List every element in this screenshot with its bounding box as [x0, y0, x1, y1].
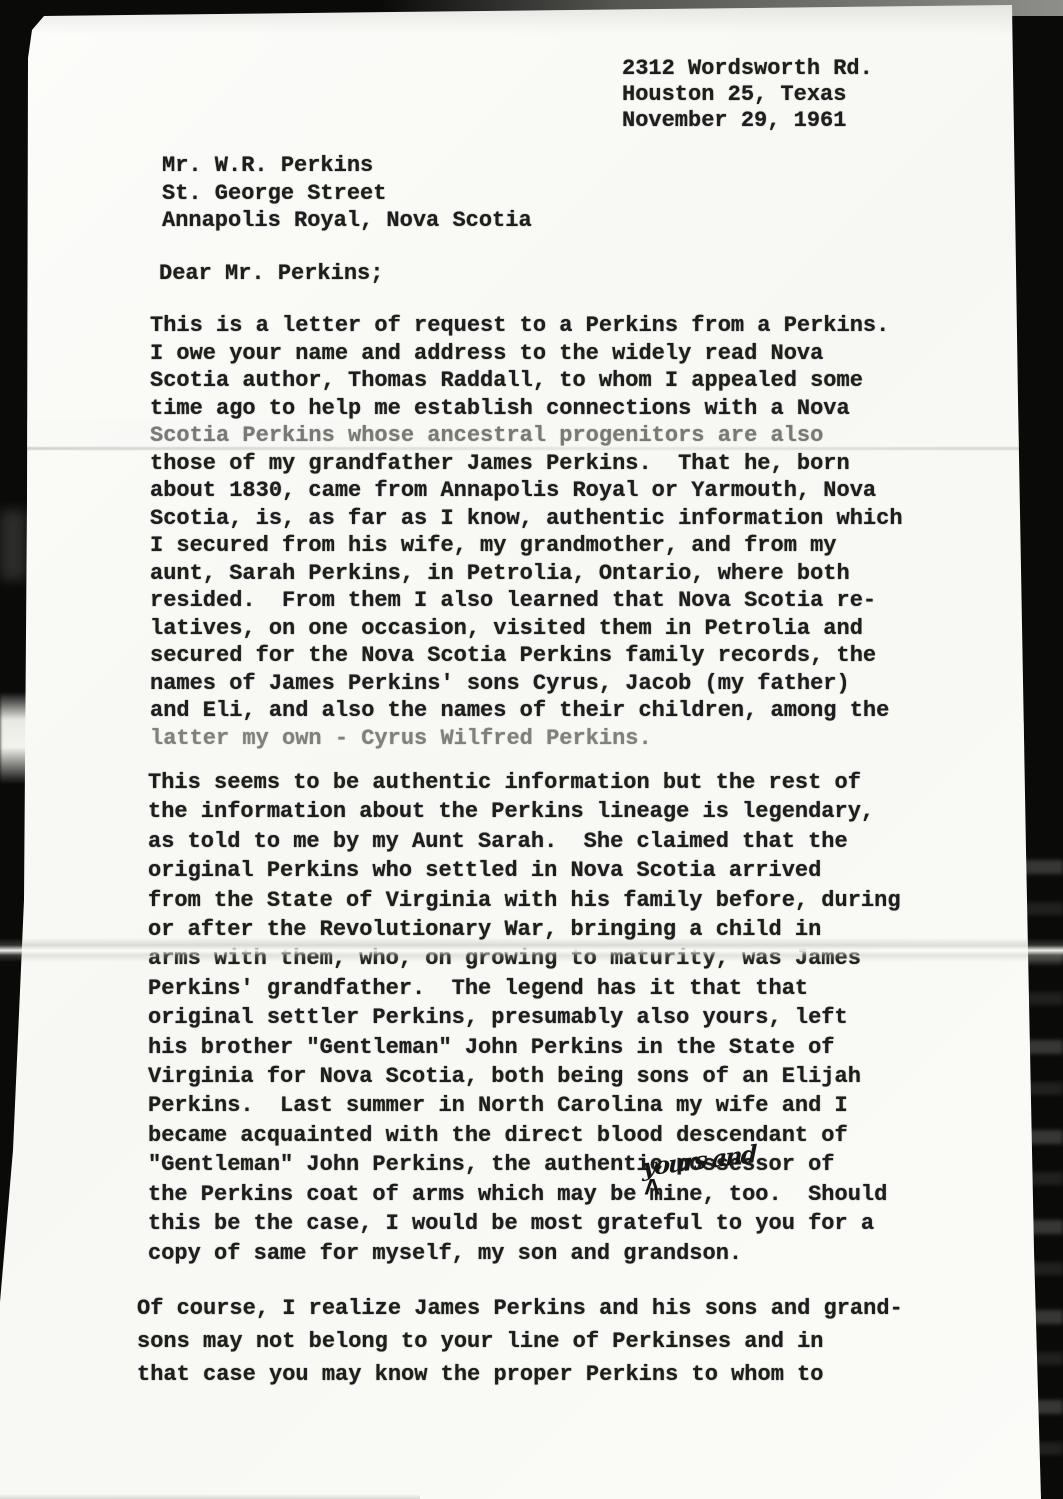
letter-paragraph-1: This is a letter of request to a Perkins…	[150, 312, 903, 752]
letter-line: original settler Perkins, presumably als…	[148, 1003, 901, 1032]
salutation: Dear Mr. Perkins;	[159, 260, 383, 288]
recipient-address-block: Mr. W.R. PerkinsSt. George StreetAnnapol…	[162, 152, 532, 235]
letter-line: Perkins. Last summer in North Carolina m…	[148, 1091, 901, 1120]
letter-line: resided. From them I also learned that N…	[150, 587, 903, 615]
letter-line: Annapolis Royal, Nova Scotia	[162, 207, 532, 235]
letter-line: Scotia, is, as far as I know, authentic …	[150, 505, 903, 533]
letter-line: as told to me by my Aunt Sarah. She clai…	[148, 827, 901, 856]
letter-line: aunt, Sarah Perkins, in Petrolia, Ontari…	[150, 560, 903, 588]
scanned-letter-page: 2312 Wordsworth Rd.Houston 25, TexasNove…	[0, 0, 1063, 1499]
letter-line: names of James Perkins' sons Cyrus, Jaco…	[150, 670, 903, 698]
letter-line: This is a letter of request to a Perkins…	[150, 312, 903, 340]
letter-line: latives, on one occasion, visited them i…	[150, 615, 903, 643]
letter-line: about 1830, came from Annapolis Royal or…	[150, 477, 903, 505]
letter-paragraph-3: Of course, I realize James Perkins and h…	[137, 1292, 903, 1391]
letter-line: sons may not belong to your line of Perk…	[137, 1325, 903, 1358]
letter-line: St. George Street	[162, 180, 532, 208]
letter-line: this be the case, I would be most gratef…	[148, 1209, 901, 1238]
letter-line: "Gentleman" John Perkins, the authentic …	[148, 1150, 901, 1179]
letter-line: the information about the Perkins lineag…	[148, 797, 901, 826]
letter-line: time ago to help me establish connection…	[150, 395, 903, 423]
letter-line: Mr. W.R. Perkins	[162, 152, 532, 180]
letter-line: Virginia for Nova Scotia, both being son…	[148, 1062, 901, 1091]
letter-line: or after the Revolutionary War, bringing…	[148, 915, 901, 944]
letter-line: secured for the Nova Scotia Perkins fami…	[150, 642, 903, 670]
letter-paragraph-2: This seems to be authentic information b…	[148, 768, 901, 1268]
letter-line: I secured from his wife, my grandmother,…	[150, 532, 903, 560]
letter-paper: 2312 Wordsworth Rd.Houston 25, TexasNove…	[0, 0, 1063, 1499]
letter-line: his brother "Gentleman" John Perkins in …	[148, 1033, 901, 1062]
letter-line: that case you may know the proper Perkin…	[137, 1358, 903, 1391]
letter-line: the Perkins coat of arms which may be mi…	[148, 1180, 901, 1209]
letter-line: Perkins' grandfather. The legend has it …	[148, 974, 901, 1003]
letter-line: and Eli, and also the names of their chi…	[150, 697, 903, 725]
letter-line: Scotia Perkins whose ancestral progenito…	[150, 422, 903, 450]
letter-line: arms with them, who, on growing to matur…	[148, 944, 901, 973]
letter-line: from the State of Virginia with his fami…	[148, 886, 901, 915]
insertion-caret-mark: ^	[644, 1176, 661, 1215]
letter-line: November 29, 1961	[622, 108, 873, 134]
letter-line: those of my grandfather James Perkins. T…	[150, 450, 903, 478]
letter-line: latter my own - Cyrus Wilfred Perkins.	[150, 725, 903, 753]
letter-line: Houston 25, Texas	[622, 82, 873, 108]
letter-line: Scotia author, Thomas Raddall, to whom I…	[150, 367, 903, 395]
letter-line: copy of same for myself, my son and gran…	[148, 1239, 901, 1268]
sender-address-block: 2312 Wordsworth Rd.Houston 25, TexasNove…	[622, 56, 873, 134]
paper-bottom-shadow	[0, 1494, 420, 1499]
letter-line: I owe your name and address to the widel…	[150, 340, 903, 368]
letter-line: This seems to be authentic information b…	[148, 768, 901, 797]
letter-line: 2312 Wordsworth Rd.	[622, 56, 873, 82]
letter-line: original Perkins who settled in Nova Sco…	[148, 856, 901, 885]
letter-line: Of course, I realize James Perkins and h…	[137, 1292, 903, 1325]
scan-edge-smudge-left	[0, 510, 26, 580]
letter-line: became acquainted with the direct blood …	[148, 1121, 901, 1150]
